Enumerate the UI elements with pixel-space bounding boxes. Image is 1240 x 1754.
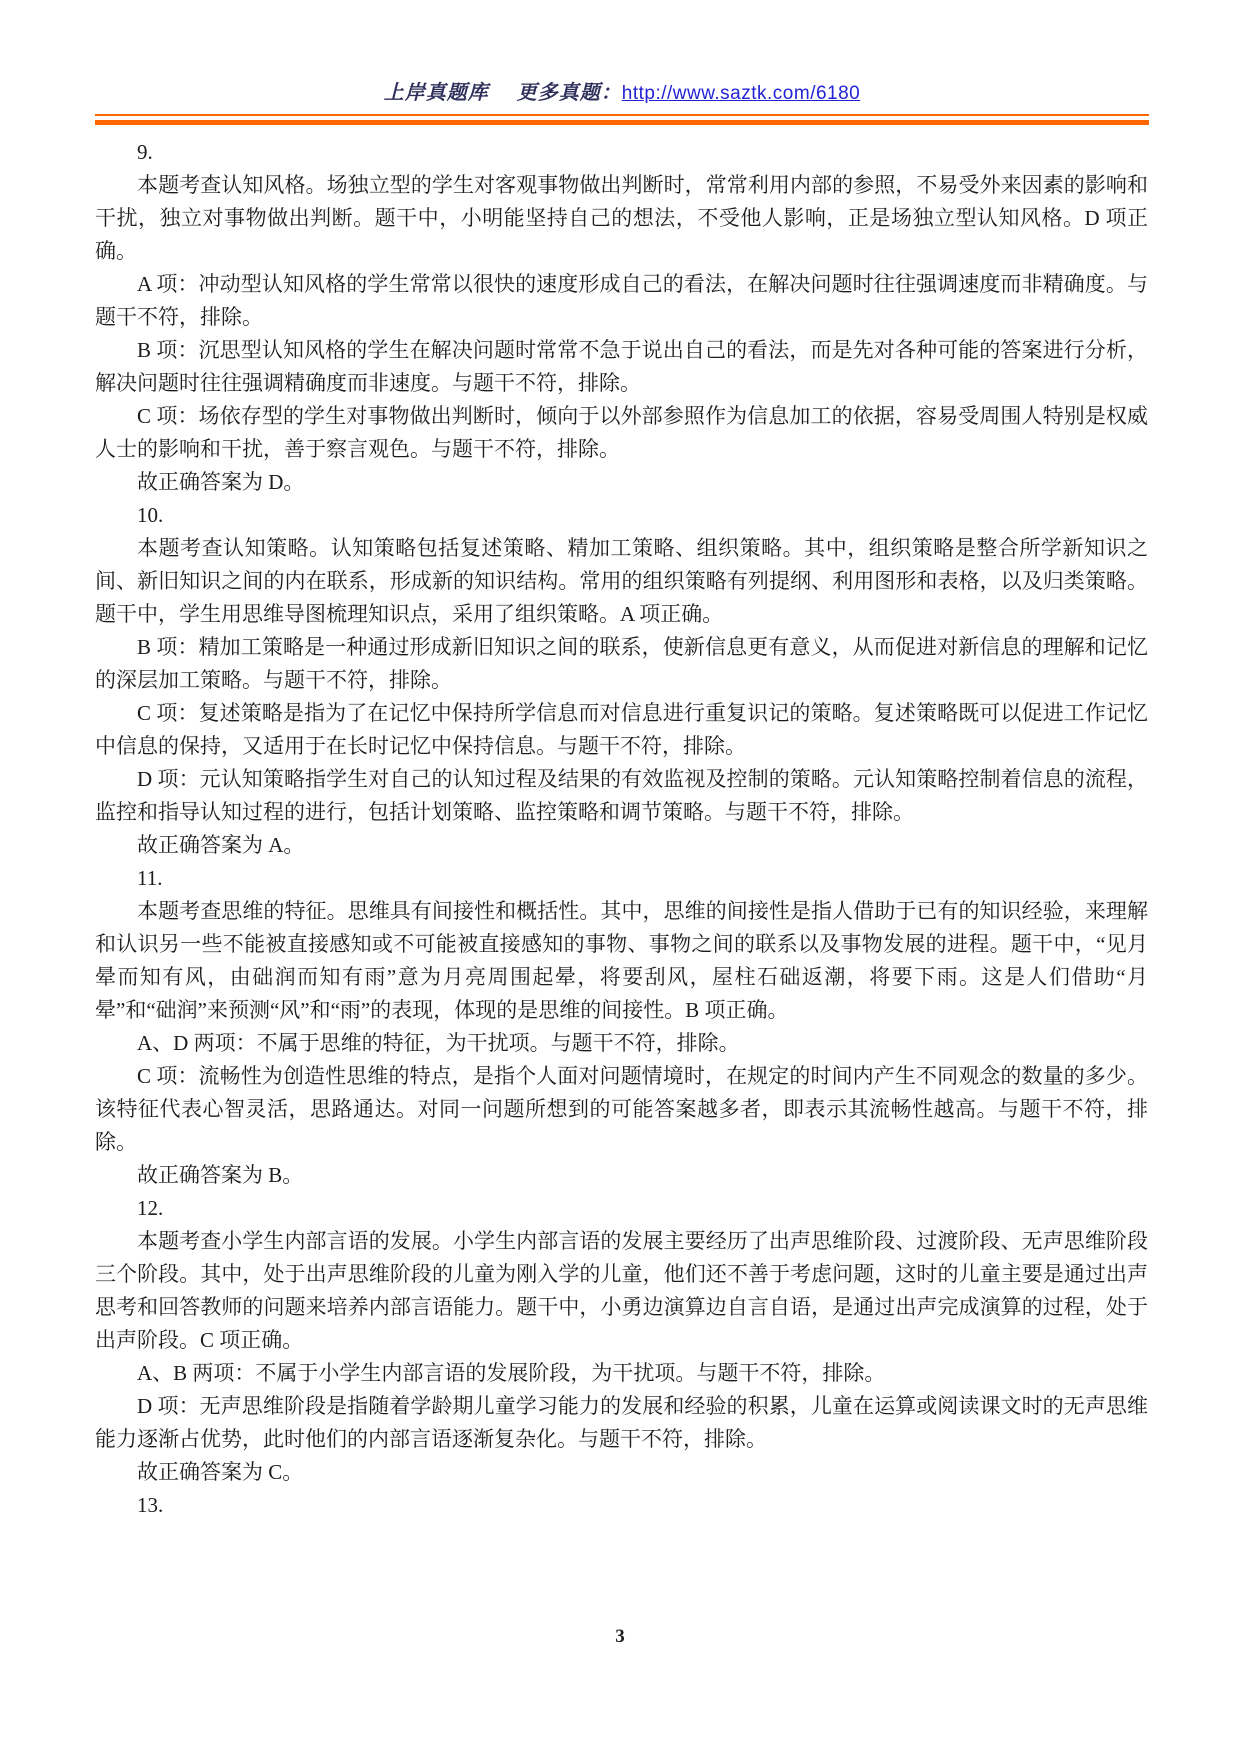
answer-conclusion: 故正确答案为 C。 [95,1456,1148,1489]
site-name-label: 上岸真题库 [384,82,489,104]
page-header: 上岸真题库更多真题：http://www.saztk.com/6180 [95,76,1149,105]
answer-paragraph: 本题考查认知策略。认知策略包括复述策略、精加工策略、组织策略。其中，组织策略是整… [95,532,1148,631]
page-number: 3 [0,1626,1240,1648]
divider-line-thick [95,120,1149,125]
answer-explanations: 9. 本题考查认知风格。场独立型的学生对客观事物做出判断时，常常利用内部的参照，… [95,136,1148,1522]
more-questions-label: 更多真题： [517,82,622,104]
question-number: 9. [95,136,1148,169]
answer-paragraph: D 项：元认知策略指学生对自己的认知过程及结果的有效监视及控制的策略。元认知策略… [95,763,1148,829]
header-url-link[interactable]: http://www.saztk.com/6180 [622,83,861,104]
answer-conclusion: 故正确答案为 B。 [95,1159,1148,1192]
answer-paragraph: A 项：冲动型认知风格的学生常常以很快的速度形成自己的看法，在解决问题时往往强调… [95,268,1148,334]
answer-paragraph: 本题考查认知风格。场独立型的学生对客观事物做出判断时，常常利用内部的参照，不易受… [95,169,1148,268]
question-number: 10. [95,499,1148,532]
answer-paragraph: 本题考查小学生内部言语的发展。小学生内部言语的发展主要经历了出声思维阶段、过渡阶… [95,1225,1148,1357]
answer-paragraph: B 项：精加工策略是一种通过形成新旧知识之间的联系，使新信息更有意义，从而促进对… [95,631,1148,697]
answer-paragraph: B 项：沉思型认知风格的学生在解决问题时常常不急于说出自己的看法，而是先对各种可… [95,334,1148,400]
answer-paragraph: 本题考查思维的特征。思维具有间接性和概括性。其中，思维的间接性是指人借助于已有的… [95,895,1148,1027]
answer-paragraph: A、B 两项：不属于小学生内部言语的发展阶段，为干扰项。与题干不符，排除。 [95,1357,1148,1390]
question-number: 13. [95,1489,1148,1522]
answer-conclusion: 故正确答案为 D。 [95,466,1148,499]
answer-paragraph: A、D 两项：不属于思维的特征，为干扰项。与题干不符，排除。 [95,1027,1148,1060]
question-number: 12. [95,1192,1148,1225]
answer-paragraph: C 项：复述策略是指为了在记忆中保持所学信息而对信息进行重复识记的策略。复述策略… [95,697,1148,763]
divider-line-thin [95,114,1149,116]
document-page: 上岸真题库更多真题：http://www.saztk.com/6180 9. 本… [0,0,1240,1754]
answer-conclusion: 故正确答案为 A。 [95,829,1148,862]
answer-paragraph: D 项：无声思维阶段是指随着学龄期儿童学习能力的发展和经验的积累，儿童在运算或阅… [95,1390,1148,1456]
question-number: 11. [95,862,1148,895]
answer-paragraph: C 项：流畅性为创造性思维的特点，是指个人面对问题情境时，在规定的时间内产生不同… [95,1060,1148,1159]
answer-paragraph: C 项：场依存型的学生对事物做出判断时，倾向于以外部参照作为信息加工的依据，容易… [95,400,1148,466]
